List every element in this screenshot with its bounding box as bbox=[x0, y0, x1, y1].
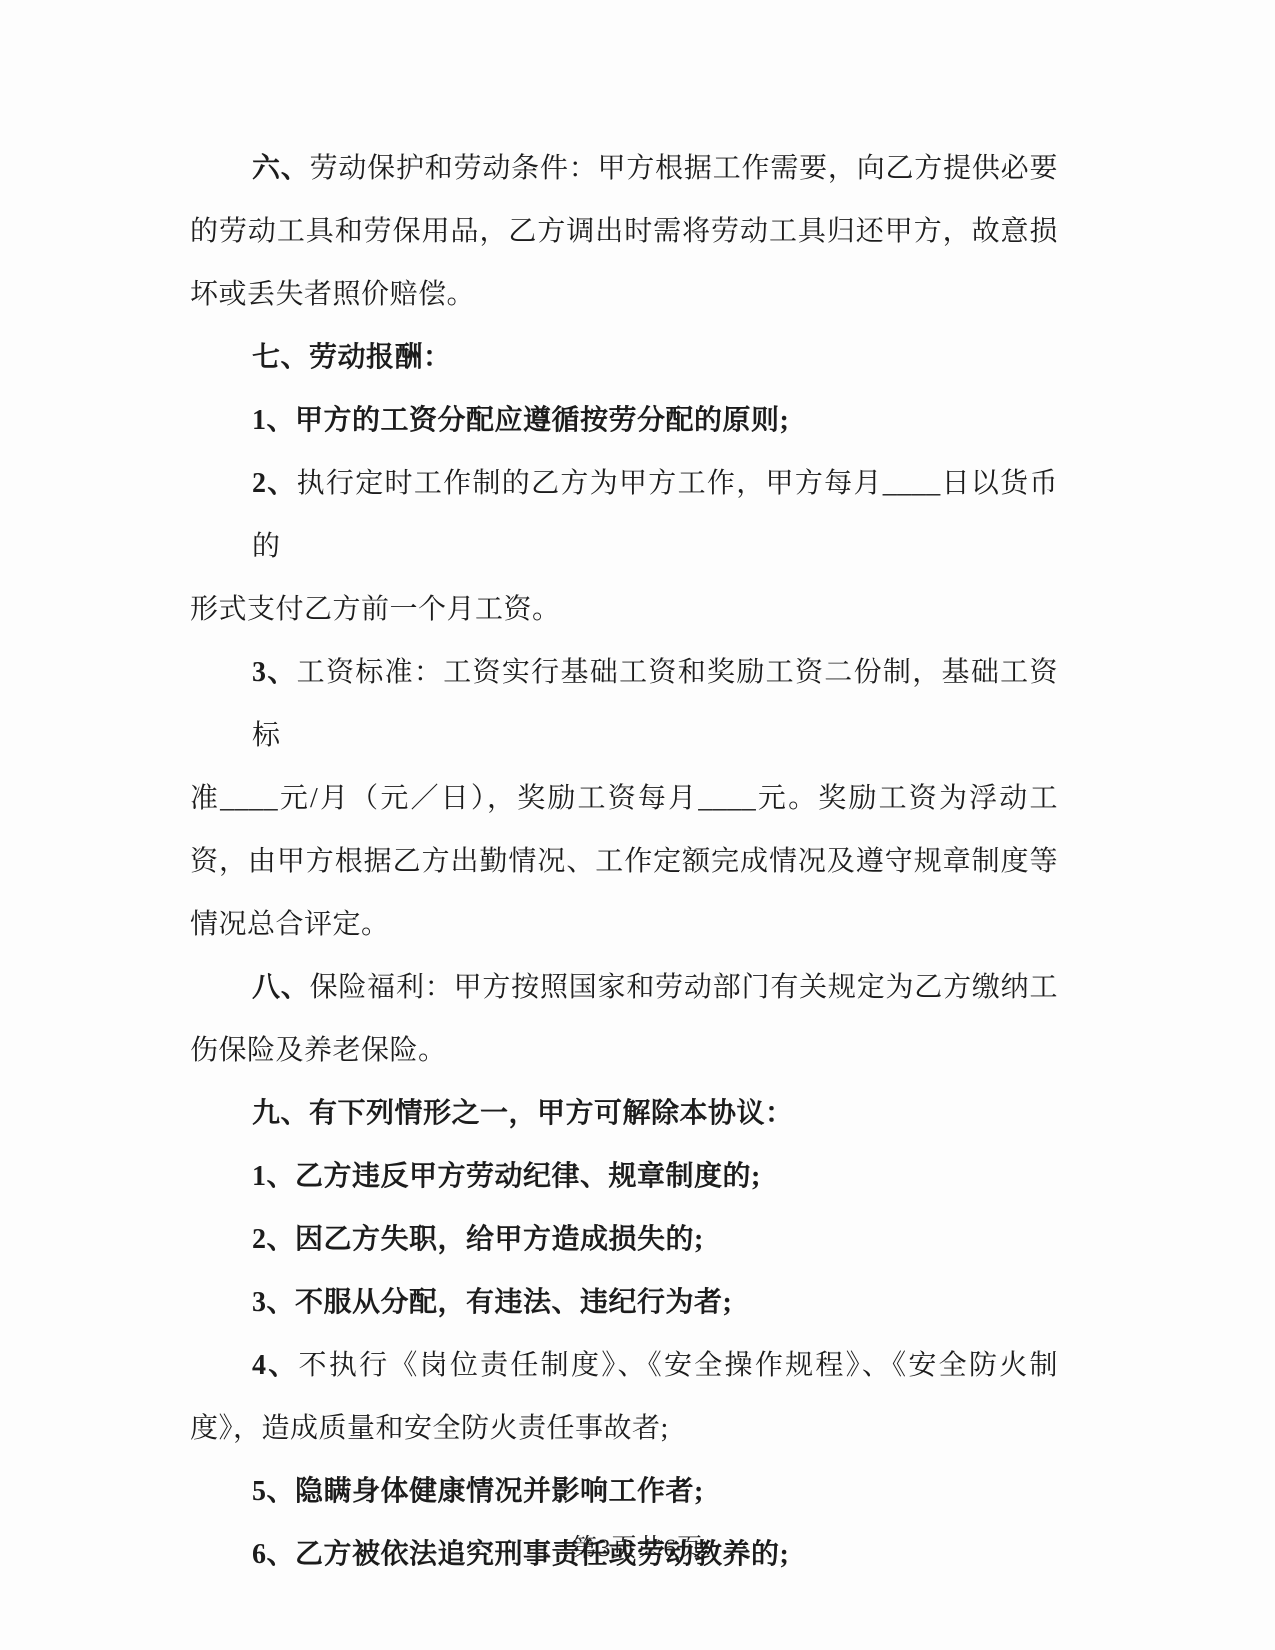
line-head-bold: 4、 bbox=[252, 1350, 299, 1381]
contract-line: 4、不执行《岗位责任制度》、《安全操作规程》、《安全防火制 bbox=[190, 1334, 1058, 1397]
line-head-bold: 2、因乙方失职，给甲方造成损失的; bbox=[252, 1224, 704, 1255]
contract-line: 情况总合评定。 bbox=[190, 893, 1058, 956]
line-text: 执行定时工作制的乙方为甲方工作，甲方每月____日以货币的 bbox=[252, 468, 1058, 562]
line-head-bold: 八、 bbox=[252, 972, 310, 1003]
contract-line: 2、因乙方失职，给甲方造成损失的; bbox=[190, 1208, 1058, 1271]
line-text: 保险福利：甲方按照国家和劳动部门有关规定为乙方缴纳工 bbox=[310, 972, 1058, 1003]
line-head-bold: 5、隐瞒身体健康情况并影响工作者; bbox=[252, 1476, 704, 1507]
page-number-footer: 第3页共6页 bbox=[0, 1531, 1275, 1567]
line-head-bold: 1、乙方违反甲方劳动纪律、规章制度的; bbox=[252, 1161, 761, 1192]
line-text: 度》，造成质量和安全防火责任事故者; bbox=[190, 1413, 669, 1444]
line-text: 情况总合评定。 bbox=[190, 909, 390, 940]
contract-line: 八、保险福利：甲方按照国家和劳动部门有关规定为乙方缴纳工 bbox=[190, 956, 1058, 1019]
document-page: 六、劳动保护和劳动条件：甲方根据工作需要，向乙方提供必要的劳动工具和劳保用品，乙… bbox=[0, 0, 1275, 1650]
line-text: 工资标准：工资实行基础工资和奖励工资二份制，基础工资标 bbox=[252, 657, 1058, 751]
line-text: 劳动保护和劳动条件：甲方根据工作需要，向乙方提供必要 bbox=[310, 153, 1058, 184]
contract-line: 度》，造成质量和安全防火责任事故者; bbox=[190, 1397, 1058, 1460]
line-text: 资，由甲方根据乙方出勤情况、工作定额完成情况及遵守规章制度等 bbox=[190, 846, 1058, 877]
contract-line: 七、劳动报酬： bbox=[190, 326, 1058, 389]
line-head-bold: 3、不服从分配，有违法、违纪行为者; bbox=[252, 1287, 732, 1318]
line-head-bold: 3、 bbox=[252, 657, 297, 688]
contract-line: 1、乙方违反甲方劳动纪律、规章制度的; bbox=[190, 1145, 1058, 1208]
contract-line: 伤保险及养老保险。 bbox=[190, 1019, 1058, 1082]
contract-line: 3、工资标准：工资实行基础工资和奖励工资二份制，基础工资标 bbox=[190, 641, 1058, 767]
line-head-bold: 七、劳动报酬： bbox=[252, 342, 452, 373]
line-text: 的劳动工具和劳保用品，乙方调出时需将劳动工具归还甲方，故意损 bbox=[190, 216, 1058, 247]
line-head-bold: 1、甲方的工资分配应遵循按劳分配的原则; bbox=[252, 405, 789, 436]
line-text: 不执行《岗位责任制度》、《安全操作规程》、《安全防火制 bbox=[299, 1350, 1058, 1381]
contract-line: 3、不服从分配，有违法、违纪行为者; bbox=[190, 1271, 1058, 1334]
line-head-bold: 六、 bbox=[252, 153, 310, 184]
contract-line: 1、甲方的工资分配应遵循按劳分配的原则; bbox=[190, 389, 1058, 452]
line-text: 坏或丢失者照价赔偿。 bbox=[190, 279, 475, 310]
contract-line: 的劳动工具和劳保用品，乙方调出时需将劳动工具归还甲方，故意损 bbox=[190, 200, 1058, 263]
contract-line: 坏或丢失者照价赔偿。 bbox=[190, 263, 1058, 326]
line-head-bold: 2、 bbox=[252, 468, 297, 499]
line-text: 形式支付乙方前一个月工资。 bbox=[190, 594, 561, 625]
line-text: 伤保险及养老保险。 bbox=[190, 1035, 447, 1066]
line-text: 准____元/月（元／日），奖励工资每月____元。奖励工资为浮动工 bbox=[190, 783, 1058, 814]
contract-body: 六、劳动保护和劳动条件：甲方根据工作需要，向乙方提供必要的劳动工具和劳保用品，乙… bbox=[190, 137, 1058, 1586]
contract-line: 准____元/月（元／日），奖励工资每月____元。奖励工资为浮动工 bbox=[190, 767, 1058, 830]
line-head-bold: 九、有下列情形之一，甲方可解除本协议： bbox=[252, 1098, 794, 1129]
contract-line: 形式支付乙方前一个月工资。 bbox=[190, 578, 1058, 641]
contract-line: 六、劳动保护和劳动条件：甲方根据工作需要，向乙方提供必要 bbox=[190, 137, 1058, 200]
contract-line: 5、隐瞒身体健康情况并影响工作者; bbox=[190, 1460, 1058, 1523]
contract-line: 资，由甲方根据乙方出勤情况、工作定额完成情况及遵守规章制度等 bbox=[190, 830, 1058, 893]
contract-line: 2、执行定时工作制的乙方为甲方工作，甲方每月____日以货币的 bbox=[190, 452, 1058, 578]
contract-line: 九、有下列情形之一，甲方可解除本协议： bbox=[190, 1082, 1058, 1145]
